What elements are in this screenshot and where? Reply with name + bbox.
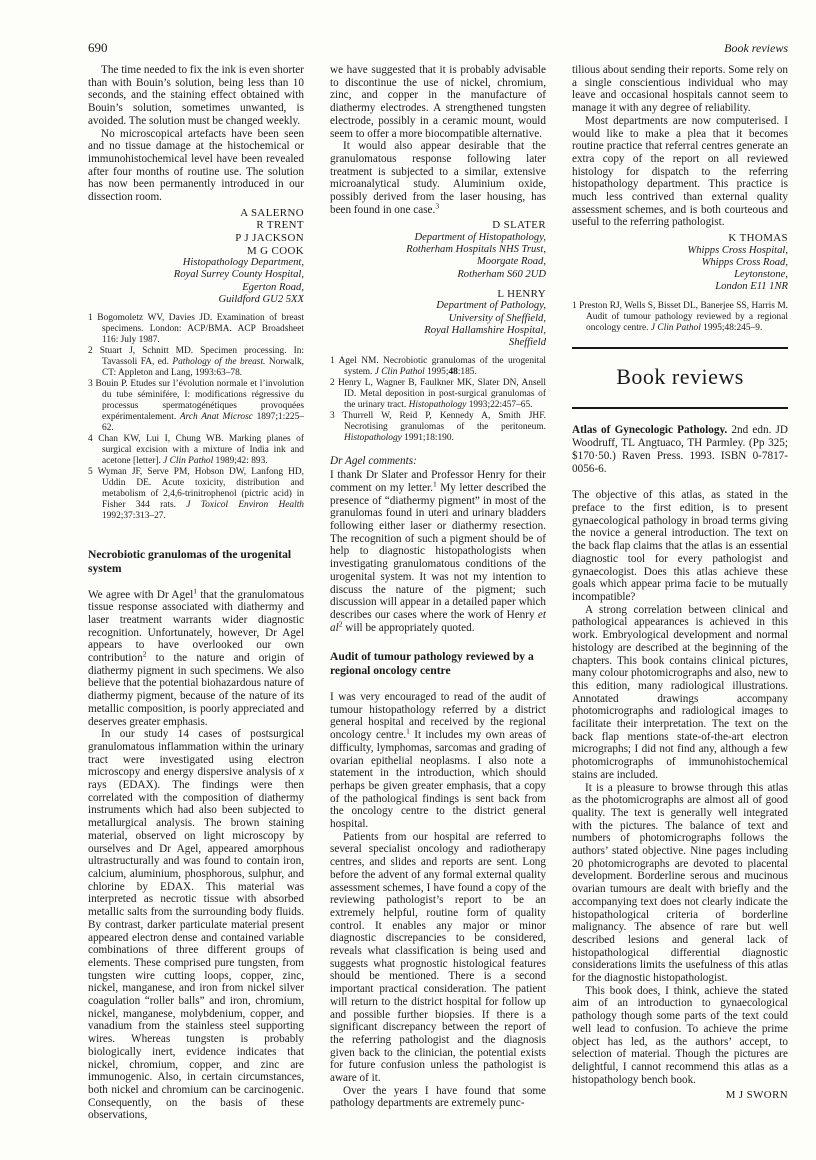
paragraph: Most departments are now computerised. I…: [572, 115, 788, 229]
signatory-name: R TRENT: [88, 219, 304, 232]
paragraph: It would also appear desirable that the …: [330, 140, 546, 216]
signatory-name: M J SWORN: [572, 1089, 788, 1102]
signatory-name: M G COOK: [88, 245, 304, 258]
column-1: The time needed to fix the ink is even s…: [88, 64, 304, 1146]
signatory-address-line: Whipps Cross Hospital,: [572, 245, 788, 257]
reference-list: 1 Agel NM. Necrobiotic granulomas of the…: [330, 356, 546, 444]
reference-list: 1 Bogomoletz WV, Davies JD. Examination …: [88, 313, 304, 522]
signatory-address-line: Rotherham Hospitals NHS Trust,: [330, 244, 546, 256]
signature-block: D SLATERDepartment of Histopathology,Rot…: [330, 219, 546, 280]
signature-block: M J SWORN: [572, 1089, 788, 1102]
signatory-address-line: Royal Surrey County Hospital,: [88, 269, 304, 281]
spacer: [330, 634, 546, 648]
signatory-address-line: Rotherham S60 2UD: [330, 269, 546, 281]
reference-item: 1 Preston RJ, Wells S, Bisset DL, Banerj…: [572, 301, 788, 334]
paragraph: Over the years I have found that some pa…: [330, 1085, 546, 1110]
spacer: [88, 522, 304, 546]
signatory-address-line: University of Sheffield,: [330, 313, 546, 325]
signatory-name: K THOMAS: [572, 232, 788, 245]
reference-list: 1 Preston RJ, Wells S, Bisset DL, Banerj…: [572, 301, 788, 334]
page-number: 690: [88, 40, 108, 56]
paragraph: The time needed to fix the ink is even s…: [88, 64, 304, 128]
signatory-address-line: Guildford GU2 5XX: [88, 294, 304, 306]
reference-item: 1 Bogomoletz WV, Davies JD. Examination …: [88, 313, 304, 346]
signatory-address-line: Leytonstone,: [572, 269, 788, 281]
reference-item: 4 Chan KW, Lui I, Chung WB. Marking plan…: [88, 434, 304, 467]
signatory-address-line: Sheffield: [330, 337, 546, 349]
reference-item: 3 Thurrell W, Reid P, Kennedy A, Smith J…: [330, 411, 546, 444]
book-reviews-section: Book reviews: [572, 347, 788, 409]
text-columns: The time needed to fix the ink is even s…: [88, 64, 788, 1146]
comment-heading: Dr Agel comments:: [330, 455, 546, 468]
signatory-name: L HENRY: [330, 288, 546, 301]
paragraph: I was very encouraged to read of the aud…: [330, 691, 546, 831]
signatory-address-line: Department of Histopathology,: [330, 232, 546, 244]
column-3: tilious about sending their reports. Som…: [572, 64, 788, 1146]
paragraph: we have suggested that it is probably ad…: [330, 64, 546, 140]
paragraph: No microscopical artefacts have been see…: [88, 128, 304, 204]
section-title-text: Book reviews: [572, 364, 788, 390]
paragraph: I thank Dr Slater and Professor Henry fo…: [330, 469, 546, 634]
reference-item: 2 Stuart J, Schnitt MD. Specimen process…: [88, 346, 304, 379]
signatory-address-line: Moorgate Road,: [330, 256, 546, 268]
letter-heading: Necrobiotic granulomas of the urogenital…: [88, 548, 304, 576]
paragraph: Patients from our hospital are referred …: [330, 831, 546, 1085]
book-citation: Atlas of Gynecologic Pathology. 2nd edn.…: [572, 424, 788, 477]
running-header: 690 Book reviews: [88, 40, 788, 56]
paragraph: In our study 14 cases of postsurgical gr…: [88, 728, 304, 1122]
column-2: we have suggested that it is probably ad…: [330, 64, 546, 1146]
signatory-address-line: Egerton Road,: [88, 282, 304, 294]
signatory-name: P J JACKSON: [88, 232, 304, 245]
signature-block: A SALERNOR TRENTP J JACKSONM G COOKHisto…: [88, 207, 304, 306]
reference-item: 1 Agel NM. Necrobiotic granulomas of the…: [330, 356, 546, 378]
letter-heading: Audit of tumour pathology reviewed by a …: [330, 650, 546, 678]
reference-item: 2 Henry L, Wagner B, Faulkner MK, Slater…: [330, 378, 546, 411]
running-title: Book reviews: [724, 41, 788, 56]
paragraph: It is a pleasure to browse through this …: [572, 782, 788, 985]
signatory-name: D SLATER: [330, 219, 546, 232]
signatory-address-line: Department of Pathology,: [330, 300, 546, 312]
paragraph: A strong correlation between clinical an…: [572, 604, 788, 782]
paragraph: This book does, I think, achieve the sta…: [572, 985, 788, 1087]
reference-item: 3 Bouin P. Etudes sur l’évolution normal…: [88, 379, 304, 434]
signatory-name: A SALERNO: [88, 207, 304, 220]
paragraph: The objective of this atlas, as stated i…: [572, 489, 788, 603]
signature-block: K THOMASWhipps Cross Hospital,Whipps Cro…: [572, 232, 788, 293]
signatory-address-line: Royal Hallamshire Hospital,: [330, 325, 546, 337]
reference-item: 5 Wyman JF, Serve PM, Hobson DW, Lanfong…: [88, 467, 304, 522]
signatory-address-line: London E11 1NR: [572, 281, 788, 293]
signatory-address-line: Histopathology Department,: [88, 257, 304, 269]
signature-block: L HENRYDepartment of Pathology,Universit…: [330, 288, 546, 349]
journal-page: 690 Book reviews The time needed to fix …: [0, 0, 816, 1160]
signatory-address-line: Whipps Cross Road,: [572, 257, 788, 269]
paragraph: tilious about sending their reports. Som…: [572, 64, 788, 115]
paragraph: We agree with Dr Agel1 that the granulom…: [88, 589, 304, 729]
